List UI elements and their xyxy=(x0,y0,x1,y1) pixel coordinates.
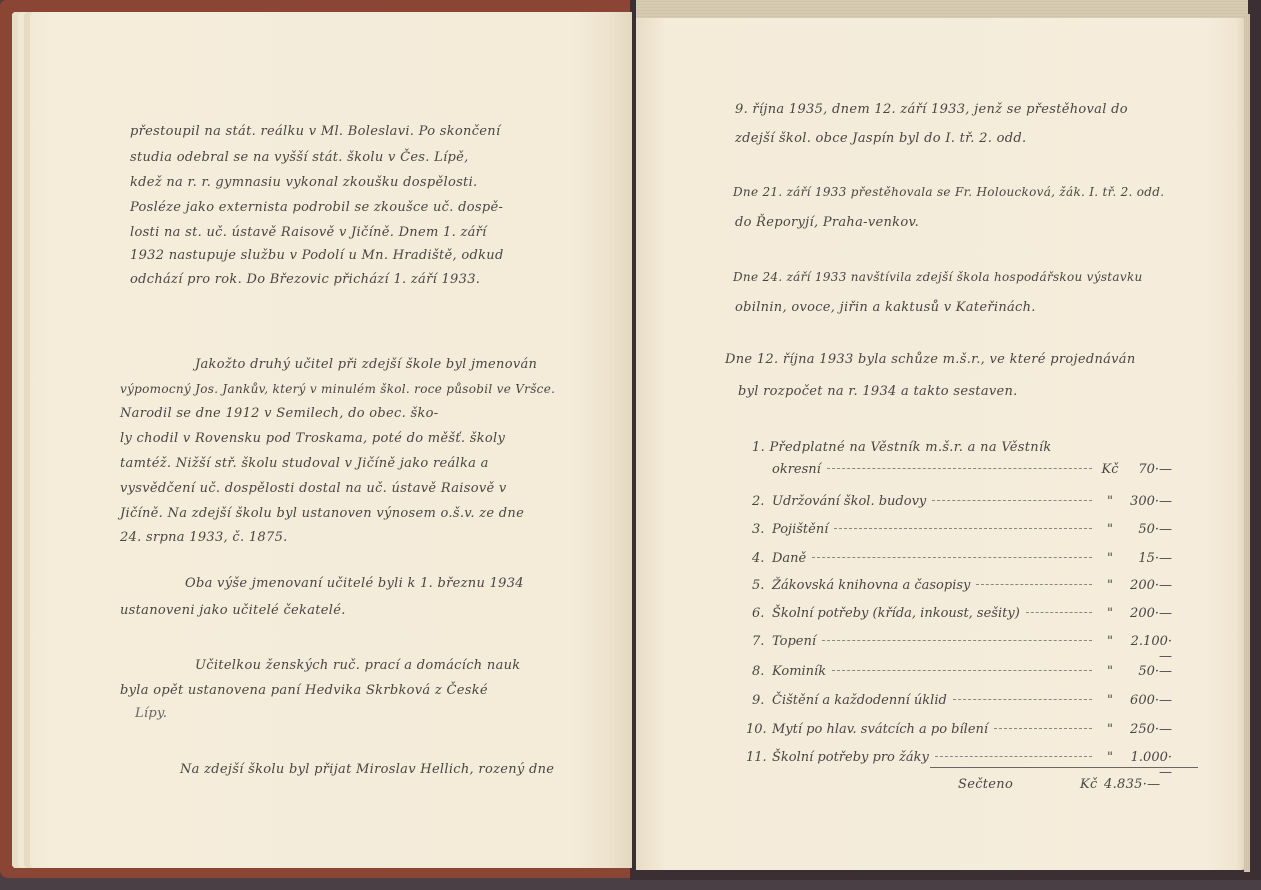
text-line: odchází pro rok. Do Březovic přichází 1.… xyxy=(130,272,480,287)
budget-amount: 50·— xyxy=(1122,522,1172,537)
leader-dots xyxy=(935,756,1092,757)
text-line: Posléze jako externista podrobil se zkou… xyxy=(130,200,503,215)
budget-label: Daně xyxy=(772,551,806,566)
page-edges-side xyxy=(1244,14,1250,872)
text-line: Dne 12. října 1933 byla schůze m.š.r., v… xyxy=(725,352,1136,367)
budget-row: 5. Žákovská knihovna a časopisy " 200·— xyxy=(752,578,1172,600)
budget-amount: 2.100·— xyxy=(1122,634,1172,664)
leader-dots xyxy=(994,728,1092,729)
budget-currency: " xyxy=(1098,522,1122,537)
budget-row: 6. Školní potřeby (křída, inkoust, sešit… xyxy=(752,606,1172,628)
budget-num: 2. xyxy=(752,494,772,509)
budget-num: 4. xyxy=(752,551,772,566)
text-line: Lípy. xyxy=(135,706,167,721)
budget-amount: 15·— xyxy=(1122,551,1172,566)
budget-currency: " xyxy=(1098,494,1122,509)
budget-currency: " xyxy=(1098,606,1122,621)
budget-amount: 600·— xyxy=(1122,693,1172,708)
budget-row: 9. Čištění a každodenní úklid " 600·— xyxy=(752,693,1172,715)
text-line: ly chodil v Rovensku pod Troskama, poté … xyxy=(120,431,505,446)
budget-num: 11. xyxy=(746,750,772,765)
total-label: Sečteno xyxy=(958,777,1013,792)
budget-amount: 200·— xyxy=(1122,578,1172,593)
text-line: zdejší škol. obce Jaspín byl do I. tř. 2… xyxy=(735,131,1026,146)
budget-label: Školní potřeby pro žáky xyxy=(772,750,929,765)
leader-dots xyxy=(976,584,1092,585)
budget-row: 4. Daně " 15·— xyxy=(752,551,1172,573)
budget-amount: 200·— xyxy=(1122,606,1172,621)
text-line: Dne 21. září 1933 přestěhovala se Fr. Ho… xyxy=(733,185,1164,199)
budget-num: 10. xyxy=(746,722,772,737)
total-currency: Kč xyxy=(1080,777,1098,792)
budget-num: 5. xyxy=(752,578,772,593)
budget-row: 7. Topení " 2.100·— xyxy=(752,634,1172,656)
text-line: Dne 24. září 1933 navštívila zdejší škol… xyxy=(733,270,1143,284)
budget-label: okresní xyxy=(772,462,821,477)
text-line: Oba výše jmenovaní učitelé byli k 1. bře… xyxy=(185,576,524,591)
text-line: vysvědčení uč. dospělosti dostal na uč. … xyxy=(120,481,507,496)
budget-label: Topení xyxy=(772,634,816,649)
text-line: výpomocný Jos. Jankův, který v minulém š… xyxy=(120,382,555,396)
text-line: Učitelkou ženských ruč. prací a domácích… xyxy=(195,658,520,673)
budget-row: 3. Pojištění " 50·— xyxy=(752,522,1172,544)
budget-num: 9. xyxy=(752,693,772,708)
text-line: studia odebral se na vyšší stát. školu v… xyxy=(130,150,469,165)
text-line: ustanoveni jako učitelé čekatelé. xyxy=(120,603,346,618)
budget-row: 2. Udržování škol. budovy " 300·— xyxy=(752,494,1172,516)
budget-row: okresní Kč 70·— xyxy=(772,462,1172,484)
budget-row: 10. Mytí po hlav. svátcích a po bílení "… xyxy=(746,722,1172,744)
budget-num: 8. xyxy=(752,664,772,679)
budget-currency: " xyxy=(1098,722,1122,737)
text-line: 24. srpna 1933, č. 1875. xyxy=(120,530,288,545)
budget-label: Školní potřeby (křída, inkoust, sešity) xyxy=(772,606,1020,621)
budget-amount: 300·— xyxy=(1122,494,1172,509)
leader-dots xyxy=(932,500,1092,501)
text-line: kdež na r. r. gymnasiu vykonal zkoušku d… xyxy=(130,175,477,190)
budget-amount: 70·— xyxy=(1122,462,1172,477)
text-line: 9. října 1935, dnem 12. září 1933, jenž … xyxy=(735,102,1128,117)
text-line: do Řeporyjí, Praha-venkov. xyxy=(735,215,919,230)
leader-dots xyxy=(1026,612,1092,613)
budget-num: 3. xyxy=(752,522,772,537)
budget-label: Udržování škol. budovy xyxy=(772,494,926,509)
budget-label: Pojištění xyxy=(772,522,828,537)
text-line: Na zdejší školu byl přijat Miroslav Hell… xyxy=(180,762,554,777)
budget-row: 11. Školní potřeby pro žáky " 1.000·— xyxy=(746,750,1172,772)
budget-num: 7. xyxy=(752,634,772,649)
budget-amount: 250·— xyxy=(1122,722,1172,737)
budget-num: 1. xyxy=(752,440,765,455)
leader-dots xyxy=(834,528,1092,529)
budget-label: Předplatné na Věstník m.š.r. a na Věstní… xyxy=(769,440,1051,455)
budget-currency: " xyxy=(1098,551,1122,566)
leader-dots xyxy=(812,557,1092,558)
budget-currency: Kč xyxy=(1098,462,1122,477)
budget-label: Kominík xyxy=(772,664,826,679)
text-line: Narodil se dne 1912 v Semilech, do obec.… xyxy=(120,406,438,421)
budget-amount: 50·— xyxy=(1122,664,1172,679)
leader-dots xyxy=(822,640,1092,641)
text-line: losti na st. uč. ústavě Raisově v Jičíně… xyxy=(130,225,487,240)
sum-rule xyxy=(930,767,1198,768)
budget-currency: " xyxy=(1098,664,1122,679)
budget-label: Mytí po hlav. svátcích a po bílení xyxy=(772,722,988,737)
budget-label: Žákovská knihovna a časopisy xyxy=(772,578,970,593)
budget-currency: " xyxy=(1098,693,1122,708)
leader-dots xyxy=(832,670,1092,671)
text-line: Jičíně. Na zdejší školu byl ustanoven vý… xyxy=(120,506,524,521)
text-line: přestoupil na stát. reálku v Ml. Bolesla… xyxy=(130,124,500,139)
text-line: byl rozpočet na r. 1934 a takto sestaven… xyxy=(738,384,1018,399)
budget-currency: " xyxy=(1098,634,1122,649)
budget-item-1-line1: 1. Předplatné na Věstník m.š.r. a na Věs… xyxy=(752,440,1052,455)
text-line: tamtéž. Nižší stř. školu studoval v Jičí… xyxy=(120,456,489,471)
budget-num: 6. xyxy=(752,606,772,621)
total-amount: 4.835·— xyxy=(1104,777,1160,792)
budget-label: Čištění a každodenní úklid xyxy=(772,693,947,708)
page-edges-top xyxy=(636,0,1248,19)
budget-currency: " xyxy=(1098,750,1122,765)
budget-amount: 1.000·— xyxy=(1122,750,1172,780)
text-line: Jakožto druhý učitel při zdejší škole by… xyxy=(195,357,537,372)
budget-row: 8. Kominík " 50·— xyxy=(752,664,1172,686)
text-line: byla opět ustanovena paní Hedvika Skrbko… xyxy=(120,683,488,698)
budget-currency: " xyxy=(1098,578,1122,593)
text-line: 1932 nastupuje službu v Podolí u Mn. Hra… xyxy=(130,248,504,263)
leader-dots xyxy=(827,468,1092,469)
leader-dots xyxy=(953,699,1092,700)
text-line: obilnin, ovoce, jiřin a kaktusů v Kateři… xyxy=(735,300,1036,315)
